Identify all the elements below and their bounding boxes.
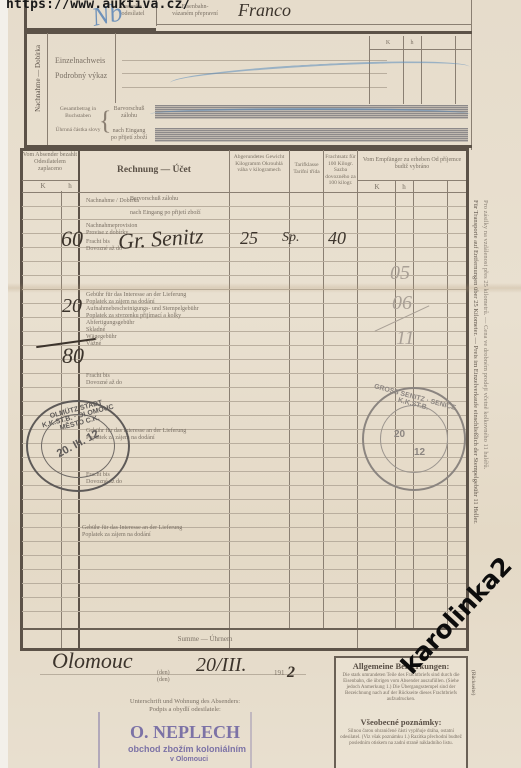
row-label-fracht-cz: Dovozné až do <box>86 246 122 253</box>
paper-fold <box>8 283 521 293</box>
pencil-receiver-3: 11 <box>396 327 415 350</box>
company-stamp-line2: obchod zbožím koloniálním <box>128 744 246 754</box>
pencil-receiver-1: 05 <box>390 262 410 285</box>
celkova-castka-label: Úhrnná částka slovy <box>52 127 104 134</box>
place-date-line <box>40 674 306 675</box>
rate-handwritten: 40 <box>328 228 346 249</box>
row-label-fracht-2-cz: Dovozné až do <box>86 380 122 387</box>
col-header-sender-sep <box>22 180 78 181</box>
purple-stamp-edge-right <box>250 712 252 768</box>
row-label-fracht-2: Fracht bis <box>86 373 110 380</box>
table-top-border <box>20 148 469 151</box>
cod-col-h-label: h <box>407 40 417 47</box>
row-label-interesse-3-cz: Poplatek za zájem na dodání <box>82 532 151 539</box>
row-line <box>22 555 466 556</box>
header-underline-right <box>156 24 472 25</box>
side-note-czech: Pro zásilky na vzdálenost přes 25 kilome… <box>482 200 489 469</box>
header-small-label-mid-2: vázaném přepravní <box>160 11 230 18</box>
page-margin <box>0 0 8 768</box>
row-label-abfertigung-cz: Skladné <box>86 327 105 334</box>
olmutz-station-stamp: OLMÜTZ STADT K.K.ST.B. · OLOMOUC MĚSTO C… <box>26 400 130 492</box>
col-divider-rate-receiver <box>357 150 358 648</box>
row-sub-nach-eingang: nach Eingang po přijetí zboží <box>130 210 201 217</box>
col-header-receiver-sep <box>357 180 466 181</box>
interest-fee-handwritten: 20 <box>62 295 82 318</box>
col-header-weight: Abgerundetes Gewicht Kilogramm Okrouhlá … <box>231 154 287 174</box>
col-header-recv-k: K <box>372 184 382 191</box>
row-line <box>22 583 466 584</box>
weighing-fee-handwritten: 80 <box>62 343 84 369</box>
row-line <box>22 611 466 612</box>
row-label-interesse: Gebühr für das Interesse an der Lieferun… <box>86 292 186 299</box>
row-label-interesse-3: Gebühr für das Interesse an der Lieferun… <box>82 525 182 532</box>
col-header-tariff-class: Tarifklasse Tarifní třída <box>291 162 322 175</box>
col-header-h: h <box>64 183 76 190</box>
blue-pencil-stroke-2 <box>150 108 470 120</box>
summe-label: Summe — Úhrnem <box>130 636 280 643</box>
table-left-border <box>20 148 23 651</box>
weight-handwritten: 25 <box>240 228 258 249</box>
row-line <box>22 569 466 570</box>
gesamtbetrag-label: Gesamtbetrag in Buchstaben <box>52 106 104 119</box>
side-note-german: Für Transporte auf Entfernungen über 25 … <box>472 200 479 524</box>
cod-side-label: Nachnahme — Dobírka <box>34 45 42 112</box>
remarks-body-de: Die stark umrandeten Teile des Frachtbri… <box>340 673 462 703</box>
row-label-abfertigung: Abfertigungsgebühr <box>86 320 134 327</box>
den-label-2: (den) <box>157 677 170 684</box>
company-stamp-name: O. NEPLECH <box>130 722 240 743</box>
row-line <box>22 597 466 598</box>
year-prefix: 191 <box>274 670 285 677</box>
podrobny-vykaz-label: Podrobný výkaz <box>55 72 107 79</box>
tariff-handwritten: Sp. <box>282 230 300 246</box>
summe-line <box>22 628 466 630</box>
einzelnachweis-label: Einzelnachweis <box>55 57 105 64</box>
place-handwritten: Olomouc <box>52 648 133 674</box>
col-header-rate: Frachtsatz für 100 Kilogr. Sazba dovozné… <box>325 154 356 187</box>
col-divider-tariff-rate <box>323 150 324 630</box>
row-label-stempel: Aufnahmebescheinigungs- und Stempelgebüh… <box>86 306 199 313</box>
auction-url-watermark: https://www.auktiva.cz/ <box>6 0 191 12</box>
row-label-interesse-cz: Poplatek za zájem na dodání <box>86 299 155 306</box>
row-line <box>22 359 466 360</box>
side-note-small: (Rückseite) <box>470 670 476 695</box>
company-stamp-line3: v Olomouci <box>170 756 208 763</box>
den-label-1: (den) <box>157 670 170 677</box>
cod-section-left-border <box>24 30 27 148</box>
remarks-body-cz: Silnou čarou ohraničené části vyplňuje d… <box>340 729 462 747</box>
purple-stamp-edge-left <box>98 712 100 768</box>
gross-senitz-station-stamp: GROSS SENITZ · SENICE K.K.ST.B. 20 12 <box>362 387 466 491</box>
col-divider-account-weight <box>229 150 230 648</box>
general-remarks-box: Allgemeine Bemerkungen: Die stark umrand… <box>334 656 468 768</box>
col-header-receiver: Vom Empfänger zu erheben Od příjemce bud… <box>360 157 464 171</box>
row-line <box>22 499 466 500</box>
row-label-stempel-cz: Poplatek za stvrzenku přijímací a kolky <box>86 313 181 320</box>
col-header-k: K <box>36 183 50 190</box>
senitz-stamp-day: 20 <box>394 429 405 440</box>
barvorschuss-cz: zálohu <box>106 113 152 120</box>
pencil-receiver-2: 06 <box>392 292 412 315</box>
col-divider-weight-tariff <box>289 150 290 630</box>
table-header-bottom <box>22 192 466 193</box>
franco-handwritten: Franco <box>238 0 291 21</box>
hatched-field-2 <box>155 128 468 142</box>
cod-section-top-border <box>24 31 472 34</box>
cod-label-divider <box>115 33 116 103</box>
barvorschuss-de: Barvorschuß <box>106 106 152 113</box>
sender-signature-label-de: Unterschrift und Wohnung des Absenders: <box>90 698 280 705</box>
col-header-sender-paid: Vom Absender bezahlt Odesilatelem zaplac… <box>22 152 78 173</box>
senitz-stamp-month: 12 <box>414 447 425 458</box>
remarks-title-cz: Všeobecné poznámky: <box>336 717 466 727</box>
row-line <box>22 219 466 220</box>
nach-eingang-cz: po přijetí zboží <box>104 135 154 142</box>
row-label-waege-cz: Vážné <box>86 341 101 348</box>
year-suffix-handwritten: 2 <box>287 664 295 682</box>
row-line <box>22 513 466 514</box>
cod-col-k-label: K <box>380 40 396 47</box>
date-handwritten: 20/III. <box>196 654 247 677</box>
row-sub-barvorschuss: Barvorschuß zálohu <box>130 196 178 203</box>
cod-entry-line-1 <box>122 60 387 61</box>
row-line <box>22 206 466 207</box>
cod-side-divider <box>47 33 48 145</box>
col-divider-paid-account <box>78 150 80 648</box>
nach-eingang-de: nach Eingang <box>104 128 154 135</box>
col-header-rechnung: Rechnung — Účet <box>80 165 228 175</box>
paid-freight-handwritten: 60 <box>61 226 83 252</box>
row-line <box>22 541 466 542</box>
table-right-border <box>466 148 469 651</box>
row-label-fracht: Fracht bis <box>86 239 110 246</box>
col-header-recv-h: h <box>398 184 410 191</box>
